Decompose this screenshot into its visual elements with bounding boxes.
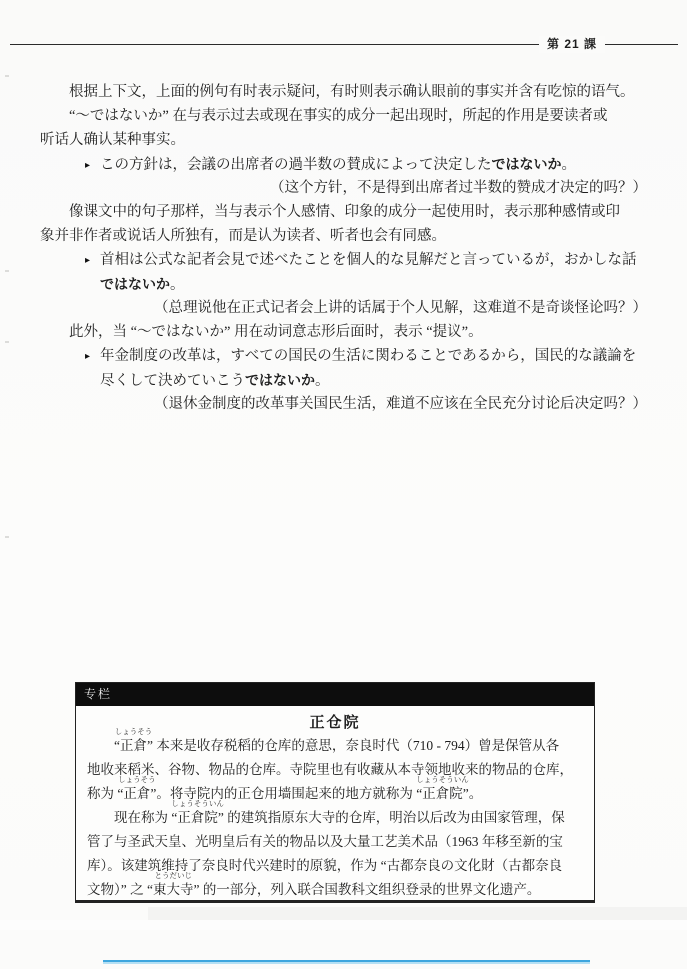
example-sentence-line: ▸首相は公式な記者会見で述べたことを個人的な見解だと言っているが，おかしな話 [40,248,647,272]
example-sentence-line: ▸年金制度の改革は，すべての国民の生活に関わることであるから，国民的な議論を [40,344,647,368]
furigana-term: しょうそういん正倉院 [422,782,463,806]
furigana-reading: しょうそういん [171,800,224,808]
column-text-line: 称为 “しょうそう正倉”。将寺院内的正仓用墙围起来的地方就称为 “しょうそういん… [87,782,583,806]
column-text-line: 地收来稻米、谷物、物品的仓库。寺院里也有收藏从本寺领地收来的物品的仓库， [87,758,583,782]
scan-artifact [5,341,9,343]
explanation-line: “〜ではないか” 在与表示过去或现在事实的成分一起出现时，所起的作用是要读者或 [40,104,647,128]
furigana-term: しょうそう正倉 [120,734,147,758]
column-box: 专栏 正仓院 “しょうそう正倉” 本来是收存税稻的仓库的意思，奈良时代（710 … [75,682,595,903]
furigana-reading: しょうそう [115,728,153,736]
example-sentence-line: ではないか。 [40,272,647,296]
furigana-term: とうだいじ東大寺 [153,878,194,902]
furigana-reading: とうだいじ [154,872,192,880]
translation-line: （总理说他在正式记者会上讲的话属于个人见解，这难道不是奇谈怪论吗？） [40,296,647,320]
furigana-term: しょうそう正倉 [123,782,150,806]
furigana-reading: しょうそういん [416,776,469,784]
textbook-page: 第 21 課 根据上下文，上面的例句有时表示疑问，有时则表示确认眼前的事实并含有… [0,0,687,969]
column-title: 正仓院 [76,708,594,734]
column-header-bar: 专栏 [76,683,594,706]
example-sentence-line: ▸この方針は，会議の出席者の過半数の賛成によって決定したではないか。 [40,152,647,176]
column-label: 专栏 [84,687,112,701]
grammar-explanation-text: 根据上下文，上面的例句有时表示疑问，有时则表示确认眼前的事实并含有吃惊的语气。“… [40,80,647,416]
translation-line: （退休金制度的改革事关国民生活，难道不应该在全民充分讨论后决定吗？） [40,392,647,416]
bottom-accent-line-glow [103,962,590,964]
bullet-icon: ▸ [85,345,100,369]
furigana-term: しょうそういん正倉院 [177,806,218,830]
furigana-reading: しょうそう [118,776,156,784]
scan-artifact [5,270,9,272]
column-text-line: 文物）” 之 “とうだいじ東大寺” 的一部分，列入联合国教科文组织登录的世界文化… [87,878,583,902]
page-scan-shadow [0,920,687,930]
scan-artifact [5,536,9,538]
explanation-line: 此外，当 “〜ではないか” 用在动词意志形后面时，表示 “提议”。 [40,320,647,344]
column-body-text: “しょうそう正倉” 本来是收存税稻的仓库的意思，奈良时代（710 - 794）曾… [76,734,594,902]
column-text-line: 现在称为 “しょうそういん正倉院” 的建筑指原东大寺的仓库，明治以后改为由国家管… [87,806,583,830]
scan-artifact [5,75,9,77]
explanation-line: 根据上下文，上面的例句有时表示疑问，有时则表示确认眼前的事实并含有吃惊的语气。 [40,80,647,104]
bullet-icon: ▸ [85,249,100,273]
explanation-line: 像课文中的句子那样，当与表示个人感情、印象的成分一起使用时，表示那种感情或印 [40,200,647,224]
translation-line: （这个方针，不是得到出席者过半数的赞成才决定的吗？） [40,176,647,200]
column-text-line: 管了与圣武天皇、光明皇后有关的物品以及大量工艺美术品（1963 年移至新的宝 [87,830,583,854]
bullet-icon: ▸ [85,154,100,178]
explanation-line: 听话人确认某种事实。 [40,128,647,152]
example-sentence-line: 尽くして決めていこうではないか。 [40,368,647,392]
page-scan-shadow [148,907,687,920]
explanation-line: 象并非作者或说话人所独有，而是认为读者、听者也会有同感。 [40,224,647,248]
lesson-number-label: 第 21 課 [539,36,605,53]
column-text-line: “しょうそう正倉” 本来是收存税稻的仓库的意思，奈良时代（710 - 794）曾… [87,734,583,758]
